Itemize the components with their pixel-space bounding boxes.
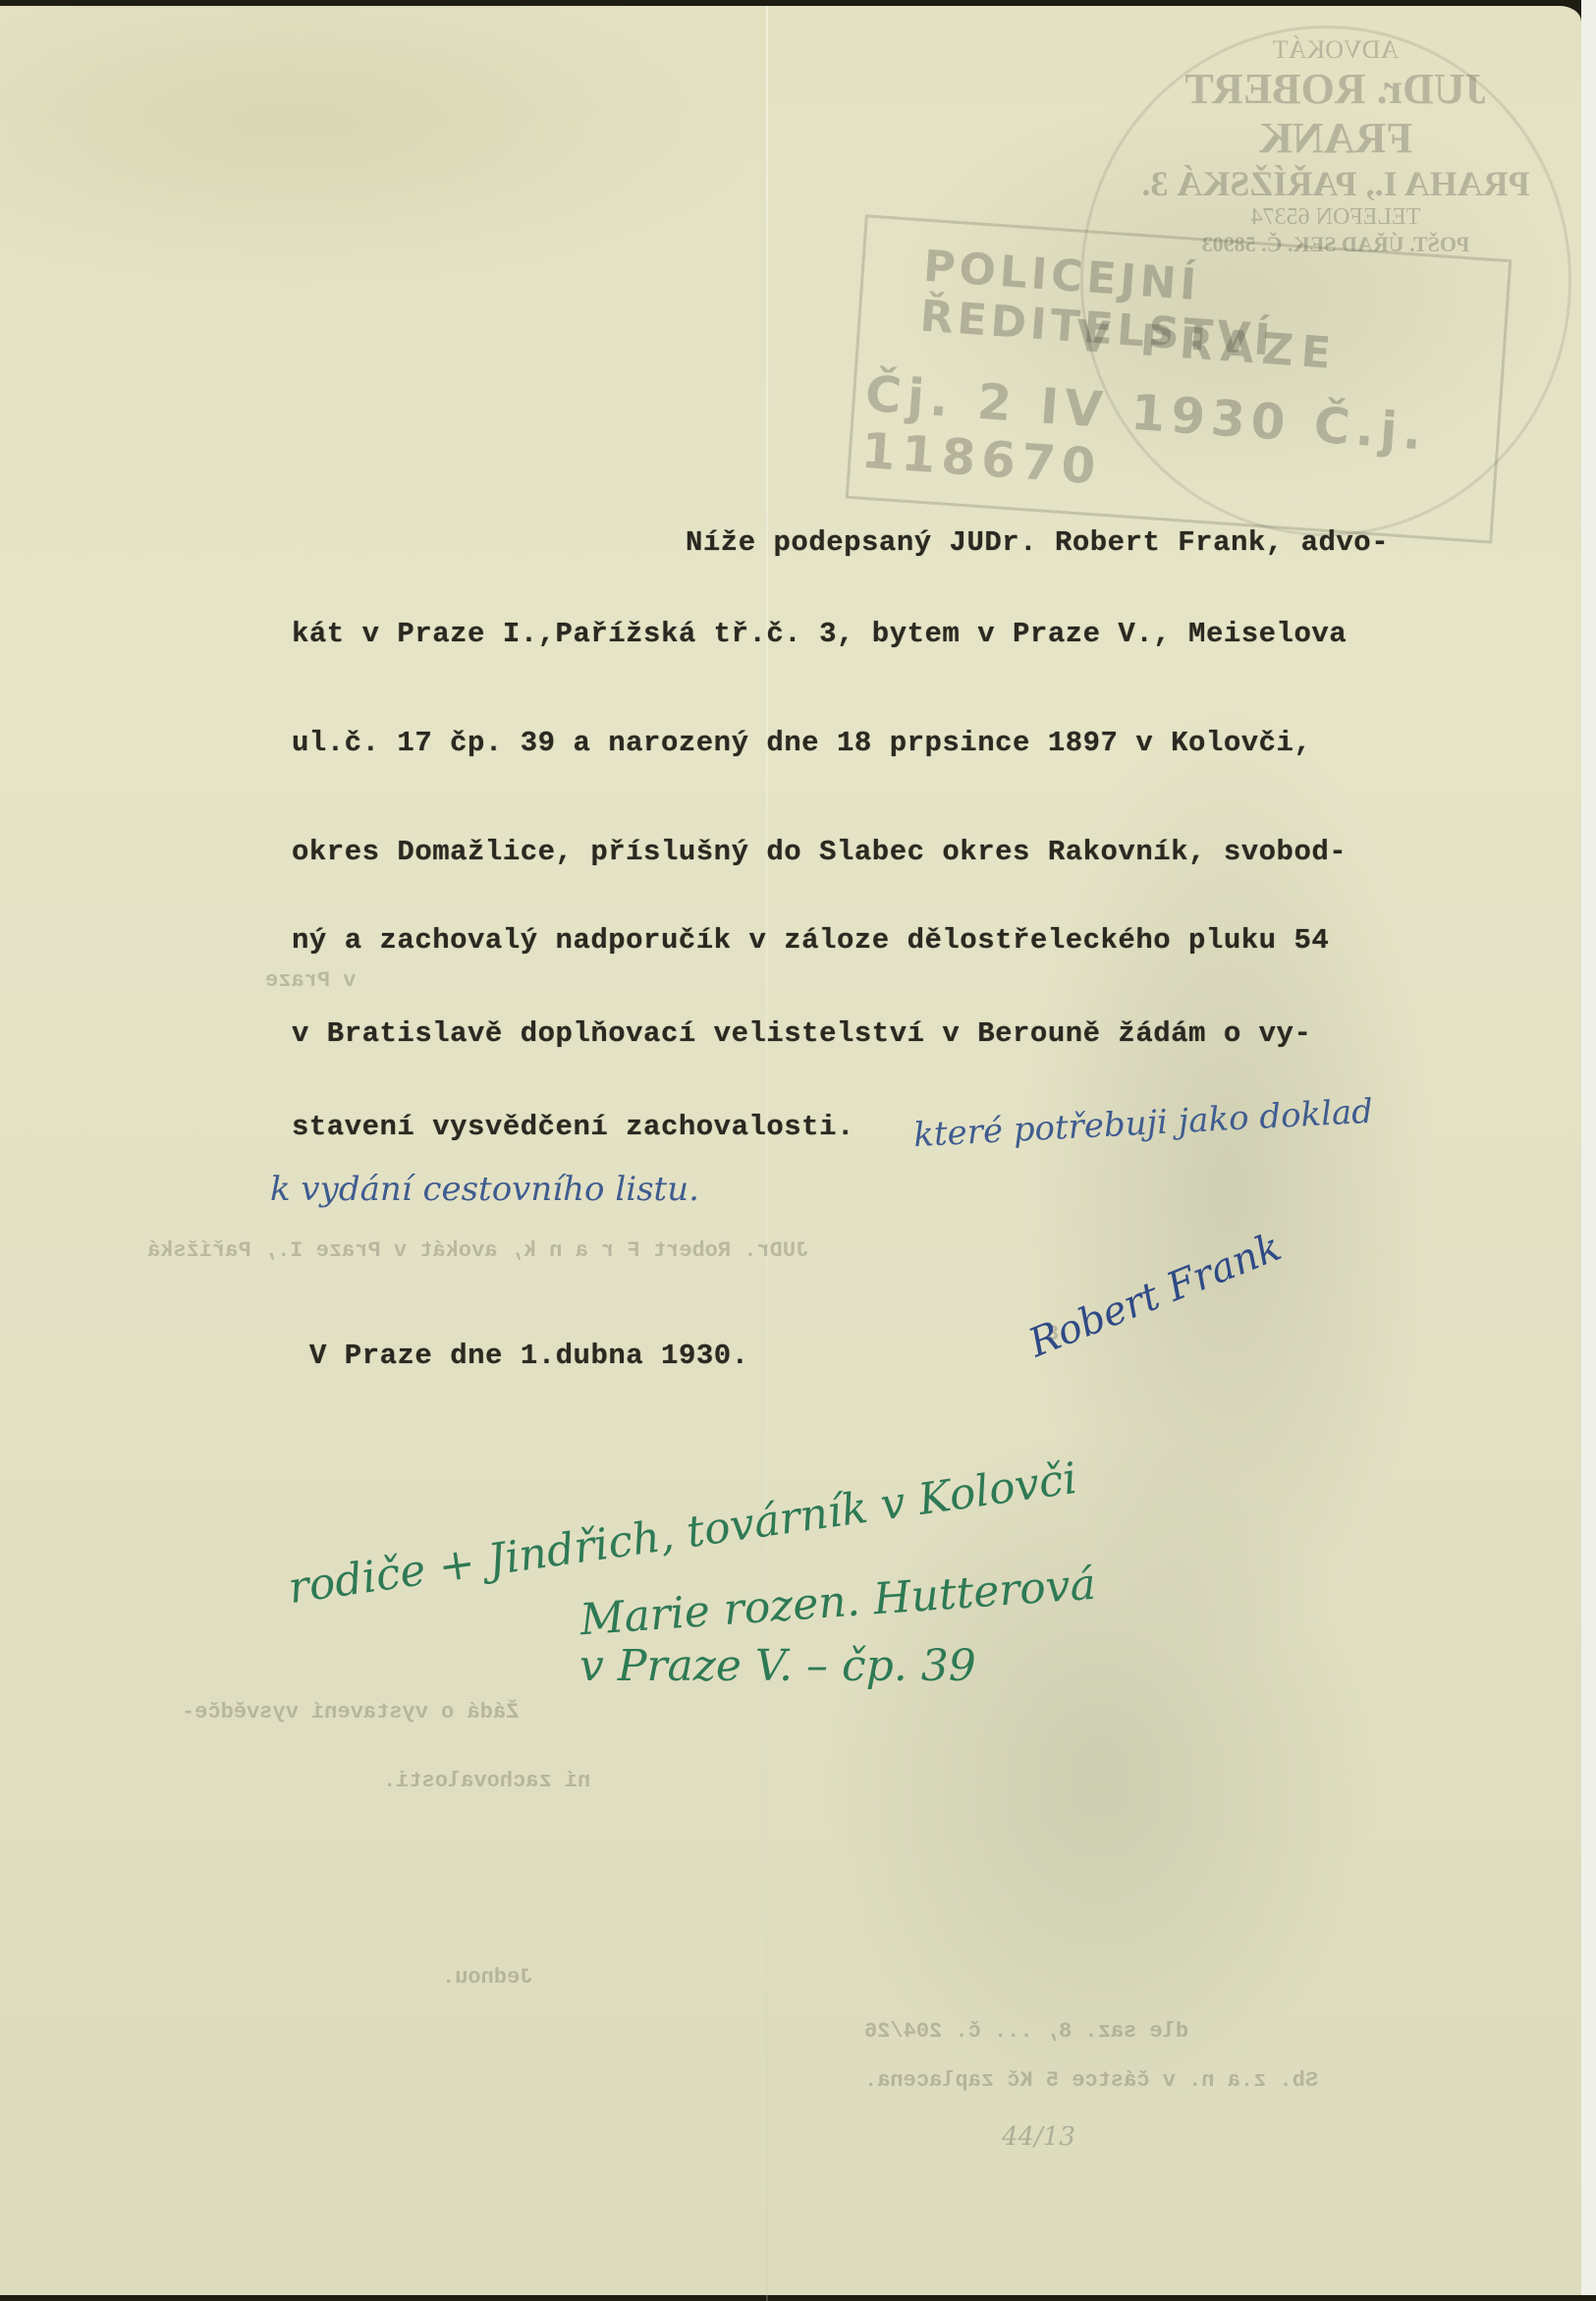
letterhead-line: TELEFON 65374 xyxy=(1129,204,1542,232)
handwritten-addition: které potřebuji jako doklad xyxy=(912,1092,1374,1155)
date-line: V Praze dne 1.dubna 1930. xyxy=(309,1340,749,1372)
body-line: okres Domažlice, příslušný do Slabec okr… xyxy=(292,836,1347,868)
show-through-text: ní zachovalosti. xyxy=(383,1769,590,1793)
body-line: Níže podepsaný JUDr. Robert Frank, advo- xyxy=(686,526,1389,559)
handwritten-note: Marie rozen. Hutterová xyxy=(578,1560,1097,1646)
letterhead-line: ADVOKÁT xyxy=(1129,35,1542,65)
show-through-text: JUDr. Robert F r a n k, avokát v Praze I… xyxy=(147,1238,808,1263)
show-through-text: dle saz. 8, ... č. 204/26 xyxy=(864,2019,1188,2044)
body-line: stavení vysvědčení zachovalosti. xyxy=(292,1111,854,1143)
body-line: ul.č. 17 čp. 39 a narozený dne 18 prpsin… xyxy=(292,727,1311,759)
document-page: ADVOKÁT JUDr. ROBERT FRANK PRAHA I., PAŘ… xyxy=(0,0,1581,2295)
paper-fold xyxy=(766,6,768,2295)
letterhead-line: PRAHA I., PAŘÍŽSKÁ 3. xyxy=(1129,164,1542,204)
signature: Robert Frank xyxy=(1022,1225,1288,1367)
stamp-line: Čj. 2 IV 1930 Č.j. 118670 xyxy=(859,365,1499,523)
letterhead-line: JUDr. ROBERT FRANK xyxy=(1129,65,1542,164)
show-through-text: Jednou. xyxy=(442,1965,532,1990)
police-stamp: POLICEJNÍ ŘEDITELSTVÍ V PRAZE Čj. 2 IV 1… xyxy=(846,214,1513,543)
body-line: v Bratislavě doplňovací velistelství v B… xyxy=(292,1017,1311,1050)
scan-margin xyxy=(1581,0,1596,2295)
show-through-text: Žádá o vystavení vysvědče- xyxy=(182,1700,519,1725)
handwritten-note: v Praze V. – čp. 39 xyxy=(579,1641,976,1691)
show-through-text: Sb. z.a n. v částce 5 Kč zaplacena. xyxy=(864,2068,1318,2093)
letterhead-mirrored: ADVOKÁT JUDr. ROBERT FRANK PRAHA I., PAŘ… xyxy=(1129,35,1542,256)
show-through-text: v Praze xyxy=(265,968,356,993)
body-line: kát v Praze I.,Pařížská tř.č. 3, bytem v… xyxy=(292,618,1347,650)
pencil-note: 44/13 xyxy=(1002,2122,1075,2152)
handwritten-addition: k vydání cestovního listu. xyxy=(270,1170,699,1209)
body-line: ný a zachovalý nadporučík v záloze dělos… xyxy=(292,924,1329,957)
